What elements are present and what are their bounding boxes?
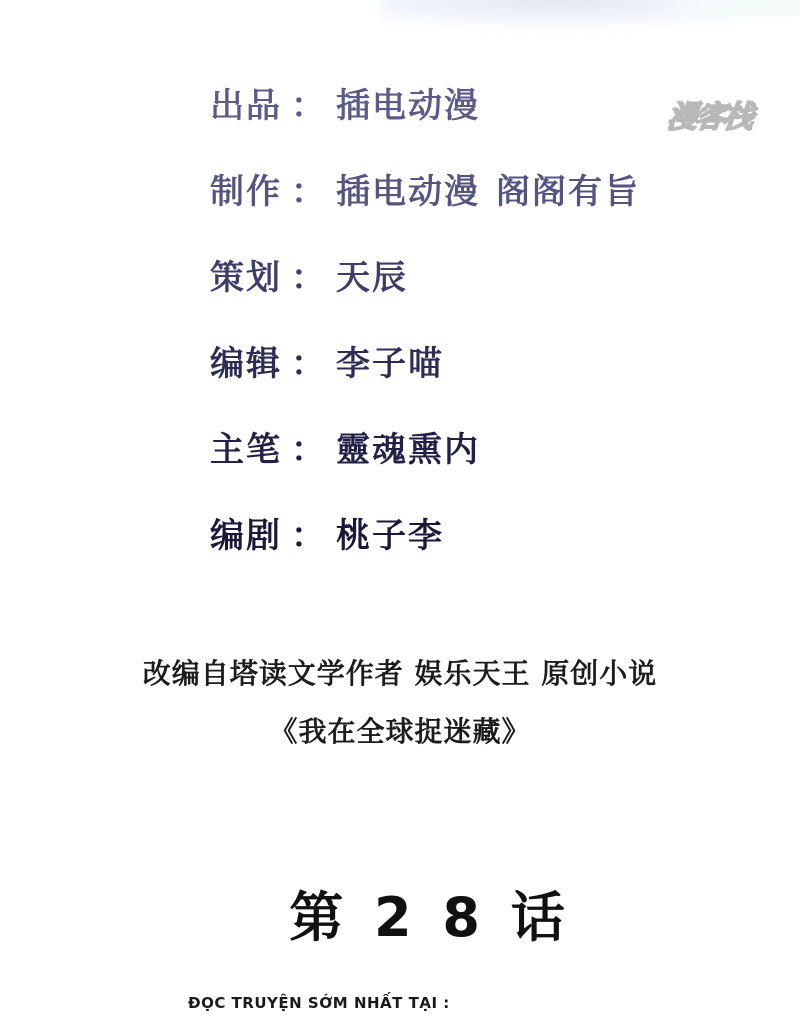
credit-name: 插电动漫 <box>336 170 480 214</box>
credit-role: 主笔 <box>210 428 282 472</box>
credit-row-screenwriter: 编剧 ： 桃子李 <box>210 514 640 600</box>
credit-name: 李子喵 <box>336 342 444 386</box>
credit-role: 编剧 <box>210 514 282 558</box>
read-at-notice: ĐỌC TRUYỆN SỚM NHẤT TẠI : <box>188 994 450 1012</box>
credit-role: 编辑 <box>210 342 282 386</box>
credit-role: 制作 <box>210 170 282 214</box>
credit-row-lead-artist: 主笔 ： 靈魂熏内 <box>210 428 640 514</box>
credits-list: 出品 ： 插电动漫 制作 ： 插电动漫 阁阁有旨 策划 ： 天辰 编辑 ： 李子… <box>210 84 640 600</box>
credit-row-editor: 编辑 ： 李子喵 <box>210 342 640 428</box>
credit-colon: ： <box>282 514 336 558</box>
top-tint-decoration <box>640 0 800 16</box>
credit-role: 出品 <box>210 84 282 128</box>
credit-colon: ： <box>282 84 336 128</box>
credit-colon: ： <box>282 170 336 214</box>
watermark-logo: 漫客栈 <box>665 92 755 136</box>
novel-title: 《我在全球捉迷藏》 <box>0 714 800 750</box>
source-attribution: 改编自塔读文学作者 娱乐天王 原创小说 <box>0 656 800 692</box>
credit-name: 桃子李 <box>336 514 444 558</box>
credit-colon: ： <box>282 342 336 386</box>
credit-colon: ： <box>282 428 336 472</box>
credit-row-planning: 策划 ： 天辰 <box>210 256 640 342</box>
chapter-title: 第 2 8 话 <box>0 886 800 950</box>
credit-role: 策划 <box>210 256 282 300</box>
credit-name-extra: 阁阁有旨 <box>496 170 640 214</box>
credit-name: 插电动漫 <box>336 84 480 128</box>
credit-name: 靈魂熏内 <box>336 428 480 472</box>
credit-colon: ： <box>282 256 336 300</box>
credit-row-production: 制作 ： 插电动漫 阁阁有旨 <box>210 170 640 256</box>
credit-row-producer: 出品 ： 插电动漫 <box>210 84 640 170</box>
credit-name: 天辰 <box>336 256 408 300</box>
